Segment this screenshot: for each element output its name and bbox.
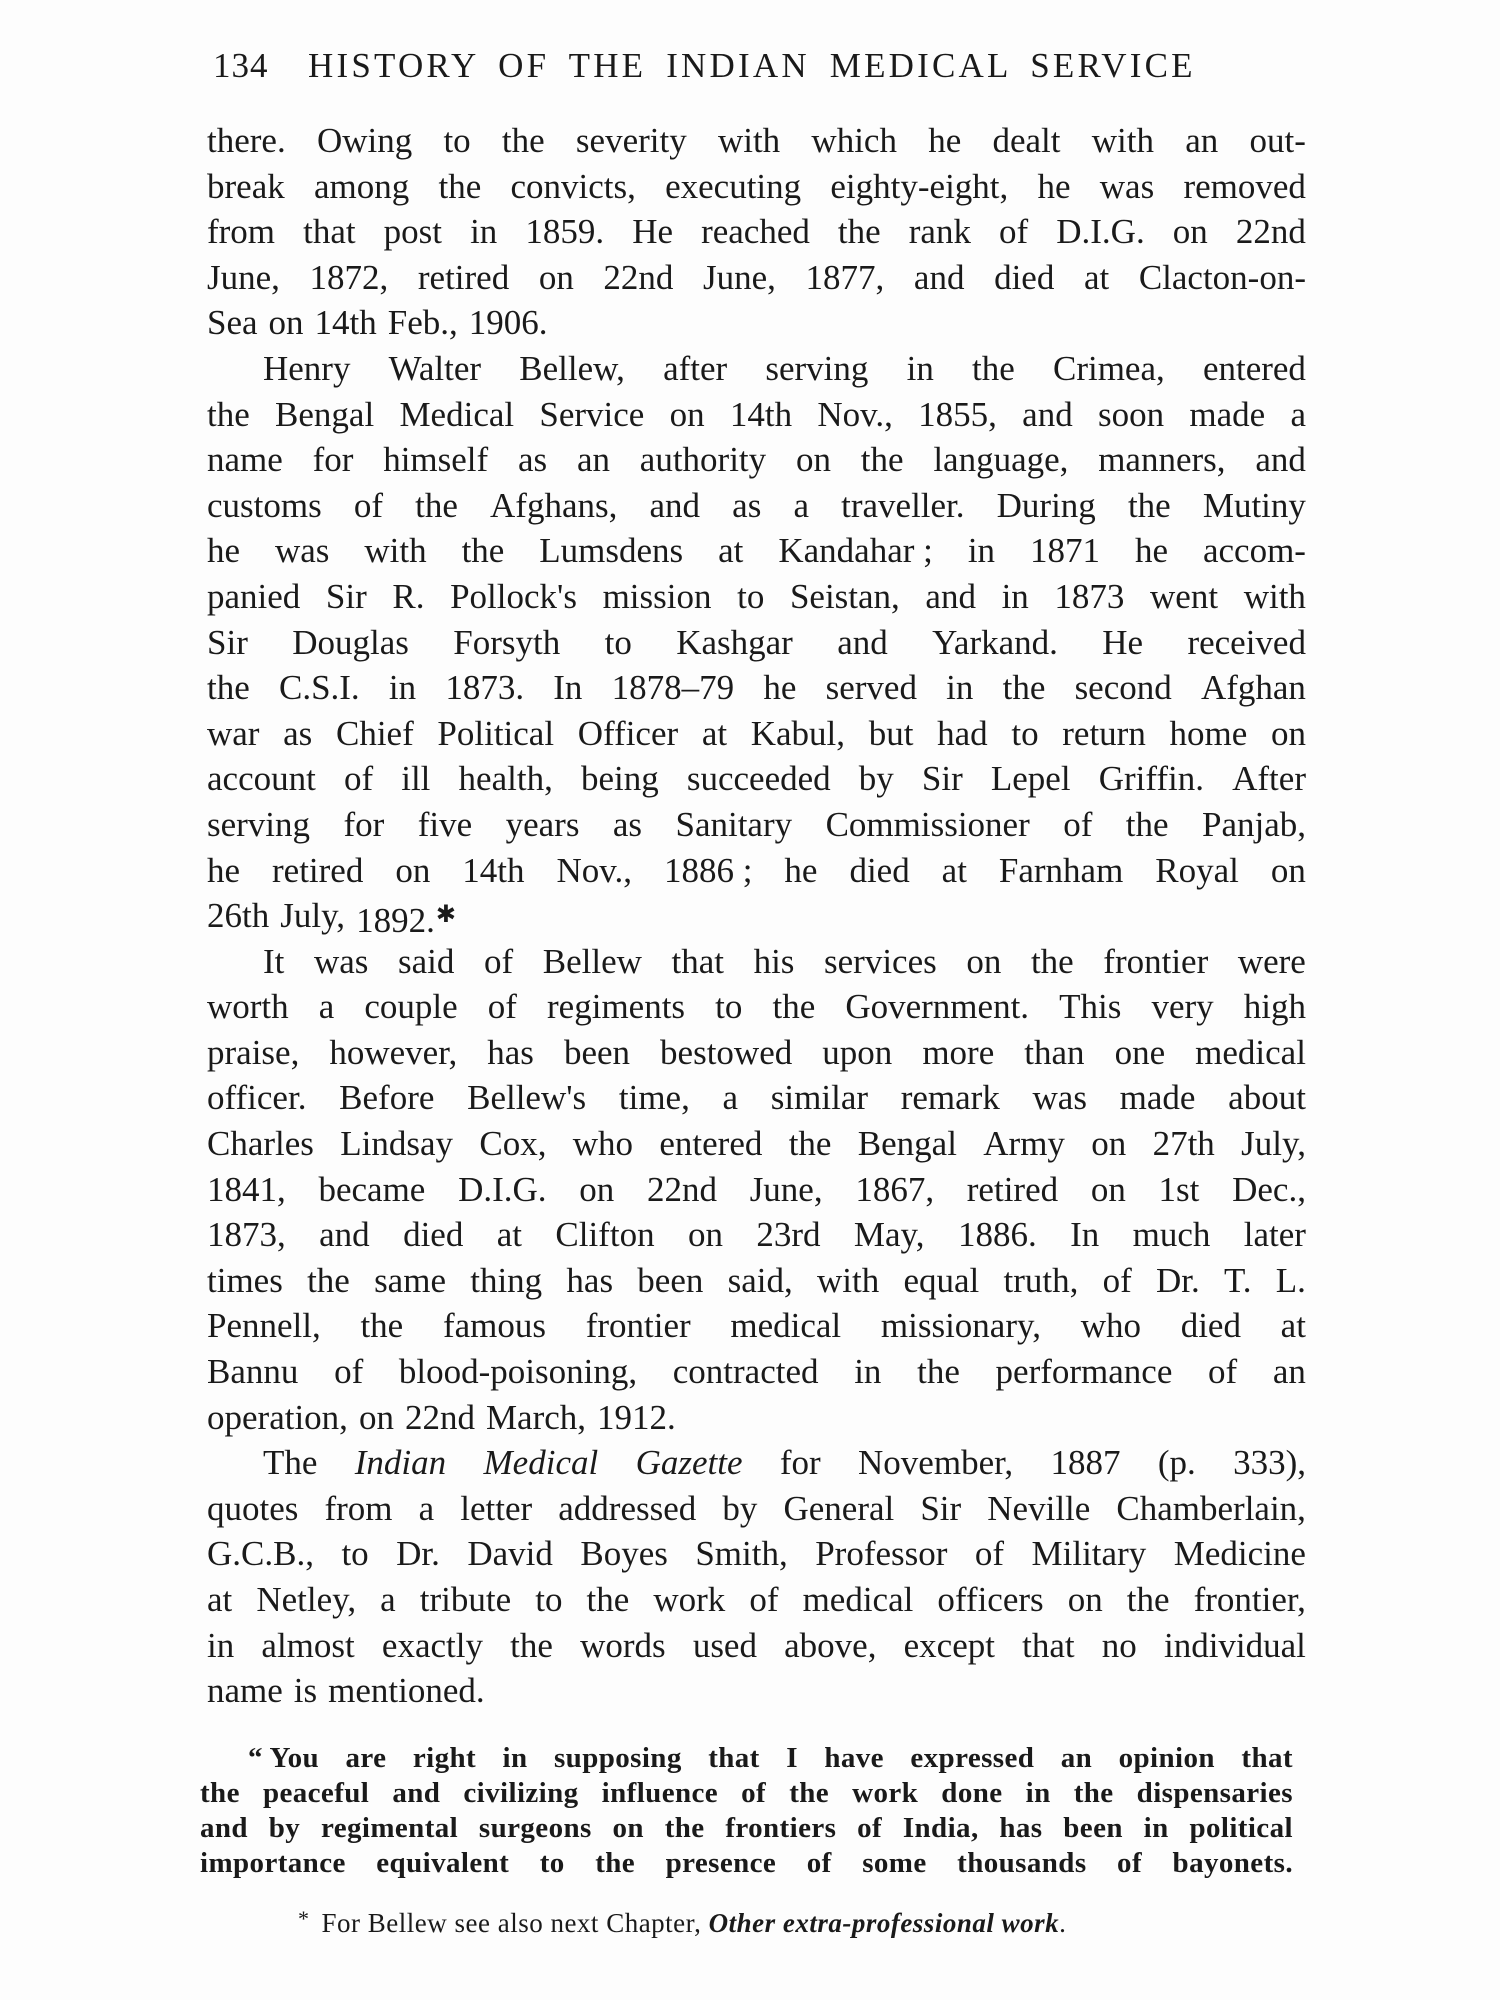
body-line: theC.S.I.in1873.In1878–79heservedinthese… <box>207 665 1306 711</box>
word: Gazette <box>636 1440 743 1486</box>
body-line: paniedSirR.Pollock'smissiontoSeistan,and… <box>207 574 1306 620</box>
body-line: G.C.B.,toDr.DavidBoyesSmith,ProfessorofM… <box>207 1531 1306 1577</box>
word: couple <box>364 984 457 1030</box>
word: During <box>997 483 1096 529</box>
word: which <box>811 118 897 164</box>
word: of <box>999 209 1028 255</box>
word: in <box>907 346 934 392</box>
word: I <box>786 1741 798 1776</box>
body-line: atNetley,atributetotheworkofmedicaloffic… <box>207 1577 1306 1623</box>
word: Political <box>437 711 554 757</box>
word: of <box>488 984 517 1030</box>
word: a <box>723 1075 739 1121</box>
footnote-reference: *For Bellew see also next Chapter, Other… <box>298 1902 1198 1940</box>
word: Lindsay <box>340 1121 453 1167</box>
word: He <box>632 209 673 255</box>
word: been <box>564 1030 630 1076</box>
word: serving <box>765 346 868 392</box>
word: 1886 ; <box>664 848 752 894</box>
word: became <box>318 1167 425 1213</box>
word: died <box>849 848 909 894</box>
word: Afghan <box>1201 665 1306 711</box>
word: Bellew <box>543 939 642 985</box>
word: made <box>1120 1075 1196 1121</box>
word: officers <box>937 1577 1043 1623</box>
word: remark <box>901 1075 1000 1121</box>
body-line: nameismentioned. <box>207 1668 1306 1714</box>
word: Smith, <box>695 1531 787 1577</box>
word: Commissioner <box>826 802 1030 848</box>
word: March, <box>486 1395 586 1441</box>
word: a <box>793 483 809 529</box>
word: November, <box>858 1440 1013 1486</box>
footnote-line: “ YouarerightinsupposingthatIhaveexpress… <box>200 1741 1293 1776</box>
word: with <box>1092 118 1154 164</box>
word: as <box>613 802 642 848</box>
word: Farnham <box>999 848 1123 894</box>
word: of <box>749 1577 778 1623</box>
word: David <box>467 1531 553 1577</box>
word: of <box>1208 1349 1237 1395</box>
word: on <box>1091 1121 1126 1167</box>
word: on <box>1271 711 1306 757</box>
footnote-mark: ✱ <box>436 902 456 928</box>
word: May, <box>854 1212 925 1258</box>
word: worth <box>207 984 289 1030</box>
word: Clacton-on- <box>1139 255 1306 301</box>
word: on <box>269 300 304 346</box>
word: of <box>1117 1846 1142 1881</box>
word: retired <box>418 255 509 301</box>
word: but <box>869 711 914 757</box>
footnote-line: andbyregimentalsurgeonsonthefrontiersofI… <box>200 1811 1293 1846</box>
word: the <box>1003 665 1046 711</box>
word: July, <box>280 893 345 944</box>
word: Feb., <box>388 300 458 346</box>
word: of <box>807 1846 832 1881</box>
word: L. <box>1276 1258 1306 1304</box>
word: 27th <box>1153 1121 1215 1167</box>
word: 23rd <box>756 1212 820 1258</box>
word: to <box>1011 711 1038 757</box>
word: the <box>510 1623 553 1669</box>
word: a <box>380 1577 396 1623</box>
word: importance <box>200 1846 346 1881</box>
word: letter <box>460 1486 532 1532</box>
word: on <box>612 1811 643 1846</box>
word: truth, <box>1003 1258 1078 1304</box>
word: the <box>789 1121 832 1167</box>
word: of <box>484 939 513 985</box>
body-line: warasChiefPoliticalOfficeratKabul,buthad… <box>207 711 1306 757</box>
word: about <box>1228 1075 1306 1121</box>
word: are <box>345 1741 386 1776</box>
word: the <box>307 1258 350 1304</box>
word: at <box>702 711 727 757</box>
word: health, <box>459 756 553 802</box>
word: the <box>207 665 250 711</box>
word: that <box>1241 1741 1293 1776</box>
word: equal <box>903 1258 979 1304</box>
word: Medical <box>399 392 514 438</box>
word: from <box>207 209 275 255</box>
word: name <box>207 1668 283 1714</box>
word: D.I.G. <box>1056 209 1144 255</box>
word: Bellew, <box>519 346 625 392</box>
word: and <box>200 1811 248 1846</box>
word: at <box>1084 255 1109 301</box>
body-text: there.Owingtotheseveritywithwhichhedealt… <box>207 118 1306 1714</box>
word: 1912. <box>597 1395 676 1441</box>
word: This <box>1059 984 1121 1030</box>
word: to <box>715 984 742 1030</box>
word: the <box>1074 1776 1114 1811</box>
word: has <box>999 1811 1042 1846</box>
word: customs <box>207 483 322 529</box>
word: After <box>1232 756 1306 802</box>
footnote-line: importanceequivalenttothepresenceofsomet… <box>200 1846 1293 1881</box>
footnote-end: . <box>1059 1908 1066 1938</box>
body-line: TheIndianMedicalGazetteforNovember,1887(… <box>207 1440 1306 1486</box>
word: Pennell, <box>207 1303 321 1349</box>
word: there. <box>207 118 286 164</box>
word: individual <box>1164 1623 1306 1669</box>
word: Clifton <box>555 1212 654 1258</box>
word: of <box>334 1349 363 1395</box>
word: Sanitary <box>675 802 792 848</box>
word: quotes <box>207 1486 298 1532</box>
word: upon <box>822 1030 892 1076</box>
word: some <box>862 1846 926 1881</box>
word: 26th <box>207 893 269 944</box>
word: and <box>650 483 701 529</box>
word: In <box>553 665 582 711</box>
word: eighty-eight, <box>830 164 1008 210</box>
word: removed <box>1183 164 1305 210</box>
word: the <box>972 346 1015 392</box>
page-number: 134 <box>213 44 269 88</box>
word: at <box>497 1212 522 1258</box>
word: an <box>1185 118 1218 164</box>
word: later <box>1244 1212 1306 1258</box>
word: July, <box>1241 1121 1306 1167</box>
word: Owing <box>317 118 412 164</box>
word: had <box>937 711 988 757</box>
word: much <box>1133 1212 1211 1258</box>
word: very <box>1151 984 1213 1030</box>
word: G.C.B., <box>207 1531 314 1577</box>
word: language, <box>933 437 1068 483</box>
word: Neville <box>987 1486 1090 1532</box>
word: no <box>1102 1623 1137 1669</box>
word: (p. <box>1158 1440 1196 1486</box>
word: a <box>319 984 335 1030</box>
word: after <box>663 346 727 392</box>
word: with <box>364 528 426 574</box>
footnote-marker: * <box>298 1902 310 1936</box>
word: 1873, <box>207 1212 286 1258</box>
word: by <box>859 756 894 802</box>
word: 333), <box>1233 1440 1306 1486</box>
word: home <box>1170 711 1248 757</box>
word: of <box>857 1811 882 1846</box>
word: who <box>573 1121 633 1167</box>
word: entered <box>1203 346 1306 392</box>
word: 1st <box>1159 1167 1200 1213</box>
word: words <box>580 1623 666 1669</box>
word: frontier, <box>1194 1577 1306 1623</box>
word: and <box>914 255 965 301</box>
word: the <box>789 1776 829 1811</box>
word: Royal <box>1155 848 1239 894</box>
word: the <box>200 1776 240 1811</box>
word: of <box>975 1531 1004 1577</box>
word: expressed <box>910 1741 1034 1776</box>
word: Sea <box>207 300 258 346</box>
word: medical <box>1195 1030 1306 1076</box>
word: died <box>1181 1303 1241 1349</box>
word: almost <box>261 1623 354 1669</box>
body-line: worthacoupleofregimentstotheGovernment.T… <box>207 984 1306 1030</box>
word: serving <box>207 802 310 848</box>
word: went <box>1150 574 1218 620</box>
word: the <box>587 1577 630 1623</box>
word: with <box>817 1258 879 1304</box>
word: as <box>518 437 547 483</box>
word: tribute <box>420 1577 511 1623</box>
body-line: accountofillhealth,beingsucceededbySirLe… <box>207 756 1306 802</box>
word: the <box>360 1303 403 1349</box>
word: at <box>718 528 743 574</box>
word: and <box>925 574 976 620</box>
word: than <box>1024 1030 1084 1076</box>
word: 1906. <box>469 300 548 346</box>
word: the <box>502 118 545 164</box>
word: Walter <box>389 346 481 392</box>
word: Douglas <box>292 620 409 666</box>
word: from <box>324 1486 392 1532</box>
word: Military <box>1032 1531 1147 1577</box>
word: Dr. <box>396 1531 440 1577</box>
word: died <box>994 255 1054 301</box>
word: Crimea, <box>1053 346 1165 392</box>
word: Kashgar <box>676 620 793 666</box>
word: 14th <box>315 300 377 346</box>
word: a <box>1290 392 1306 438</box>
word: more <box>922 1030 994 1076</box>
word: Officer <box>578 711 678 757</box>
word: Sir <box>207 620 248 666</box>
word: the <box>207 392 250 438</box>
word: retired <box>272 848 363 894</box>
word: severity <box>576 118 687 164</box>
word: as <box>732 483 761 529</box>
word: 1878–79 <box>612 665 735 711</box>
word: to <box>341 1531 368 1577</box>
word: work <box>653 1577 725 1623</box>
word: Sir <box>920 1486 961 1532</box>
word: authority <box>640 437 766 483</box>
word: 1855, <box>918 392 997 438</box>
word: Sir <box>922 756 963 802</box>
word: has <box>487 1030 534 1076</box>
word: frontiers <box>725 1811 836 1846</box>
word: 1841, <box>207 1167 286 1213</box>
word: at <box>207 1577 232 1623</box>
word: an <box>577 437 610 483</box>
word: and <box>837 620 888 666</box>
word: T. <box>1224 1258 1252 1304</box>
word: June, <box>750 1167 823 1213</box>
word: that <box>671 939 723 985</box>
body-line: quotesfromaletteraddressedbyGeneralSirNe… <box>207 1486 1306 1532</box>
word: the <box>665 1811 705 1846</box>
word: frontier <box>586 1303 691 1349</box>
word: above, <box>784 1623 876 1669</box>
word: on <box>966 939 1001 985</box>
word: regiments <box>547 984 685 1030</box>
word: manners, <box>1098 437 1225 483</box>
word: Kabul, <box>751 711 845 757</box>
word: Cox, <box>479 1121 546 1167</box>
word: on <box>688 1212 723 1258</box>
word: received <box>1187 620 1306 666</box>
footnote-line: thepeacefulandcivilizinginfluenceofthewo… <box>200 1776 1293 1811</box>
word: done <box>941 1776 1002 1811</box>
word: thing <box>470 1258 542 1304</box>
word: the <box>1126 802 1169 848</box>
word: ill <box>401 756 430 802</box>
word: used <box>693 1623 757 1669</box>
word: Dec., <box>1232 1167 1306 1213</box>
word: on <box>539 255 574 301</box>
word: the <box>772 984 815 1030</box>
word: and <box>319 1212 370 1258</box>
word: years <box>506 802 580 848</box>
word: right <box>413 1741 476 1776</box>
word: Lepel <box>991 756 1071 802</box>
word: Netley, <box>256 1577 356 1623</box>
word: Chief <box>336 711 414 757</box>
word: that <box>1022 1623 1074 1669</box>
word: by <box>722 1486 757 1532</box>
word: It <box>263 939 284 985</box>
footnote-text: For Bellew see also next Chapter, <box>322 1908 709 1938</box>
word: however, <box>329 1030 457 1076</box>
word: the <box>438 164 481 210</box>
word: second <box>1075 665 1172 711</box>
word: except <box>904 1623 995 1669</box>
word: Mutiny <box>1203 483 1306 529</box>
word: 1877, <box>806 255 885 301</box>
word: mentioned. <box>328 1668 485 1714</box>
word: “ You <box>248 1741 319 1776</box>
word: with <box>1244 574 1306 620</box>
body-line: June,1872,retiredon22ndJune,1877,anddied… <box>207 255 1306 301</box>
word: war <box>207 711 259 757</box>
word: in <box>389 665 416 711</box>
body-line: 26thJuly,1892.✱ <box>207 893 1306 939</box>
word: 1887 <box>1050 1440 1120 1486</box>
word: General <box>783 1486 894 1532</box>
word: among <box>314 164 409 210</box>
word: he <box>763 665 796 711</box>
word: of <box>1103 1258 1132 1304</box>
word: that <box>708 1741 760 1776</box>
body-line: fromthatpostin1859.HereachedtherankofD.I… <box>207 209 1306 255</box>
word: 1867, <box>855 1167 934 1213</box>
word: Bengal <box>858 1121 957 1167</box>
word: Bellew's <box>467 1075 586 1121</box>
word: thousands <box>957 1846 1086 1881</box>
body-line: timesthesamethinghasbeensaid,withequaltr… <box>207 1258 1306 1304</box>
word: Professor <box>815 1531 947 1577</box>
word: India, <box>903 1811 979 1846</box>
body-line: praise,however,hasbeenbestoweduponmoreth… <box>207 1030 1306 1076</box>
word: Forsyth <box>453 620 560 666</box>
body-line: breakamongtheconvicts,executingeighty-ei… <box>207 164 1306 210</box>
word: traveller. <box>841 483 964 529</box>
word: was <box>314 939 368 985</box>
word: opinion <box>1119 1741 1215 1776</box>
word: for <box>343 802 384 848</box>
word: name <box>207 437 283 483</box>
word: influence <box>602 1776 718 1811</box>
word: He <box>1102 620 1143 666</box>
body-line: 1873,anddiedatCliftonon23rdMay,1886.Inmu… <box>207 1212 1306 1258</box>
word: Henry <box>263 346 350 392</box>
word: 14th <box>462 848 524 894</box>
word: a <box>419 1486 435 1532</box>
word: return <box>1062 711 1146 757</box>
word: soon <box>1098 392 1164 438</box>
word: five <box>418 802 472 848</box>
word: the <box>462 528 505 574</box>
word: medical <box>730 1303 841 1349</box>
word: peaceful <box>263 1776 369 1811</box>
word: account <box>207 756 316 802</box>
word: 1892.✱ <box>356 893 456 944</box>
word: on <box>1091 1167 1126 1213</box>
word: addressed <box>558 1486 696 1532</box>
word: in <box>207 1623 234 1669</box>
book-page: 134 HISTORY OF THE INDIAN MEDICAL SERVIC… <box>0 0 1500 2000</box>
word: out- <box>1250 118 1306 164</box>
word: Nov., <box>556 848 632 894</box>
body-line: HenryWalterBellew,afterservingintheCrime… <box>207 346 1306 392</box>
word: 1886. <box>958 1212 1037 1258</box>
word: Service <box>539 392 644 438</box>
word: of <box>741 1776 766 1811</box>
word: on <box>796 437 831 483</box>
word: for <box>780 1440 821 1486</box>
body-line: nameforhimselfasanauthorityonthelanguage… <box>207 437 1306 483</box>
word: on <box>670 392 705 438</box>
word: services <box>824 939 937 985</box>
word: 1871 <box>1030 528 1100 574</box>
running-header: 134 HISTORY OF THE INDIAN MEDICAL SERVIC… <box>213 44 1263 88</box>
body-line: Bannuofblood-poisoning,contractedinthepe… <box>207 1349 1306 1395</box>
word: is <box>294 1668 317 1714</box>
word: accom- <box>1203 528 1306 574</box>
word: on <box>579 1167 614 1213</box>
word: Medical <box>484 1440 599 1486</box>
word: was <box>1033 1075 1087 1121</box>
word: Indian <box>355 1440 446 1486</box>
word: on <box>395 848 430 894</box>
word: of <box>1063 802 1092 848</box>
word: in <box>470 209 497 255</box>
